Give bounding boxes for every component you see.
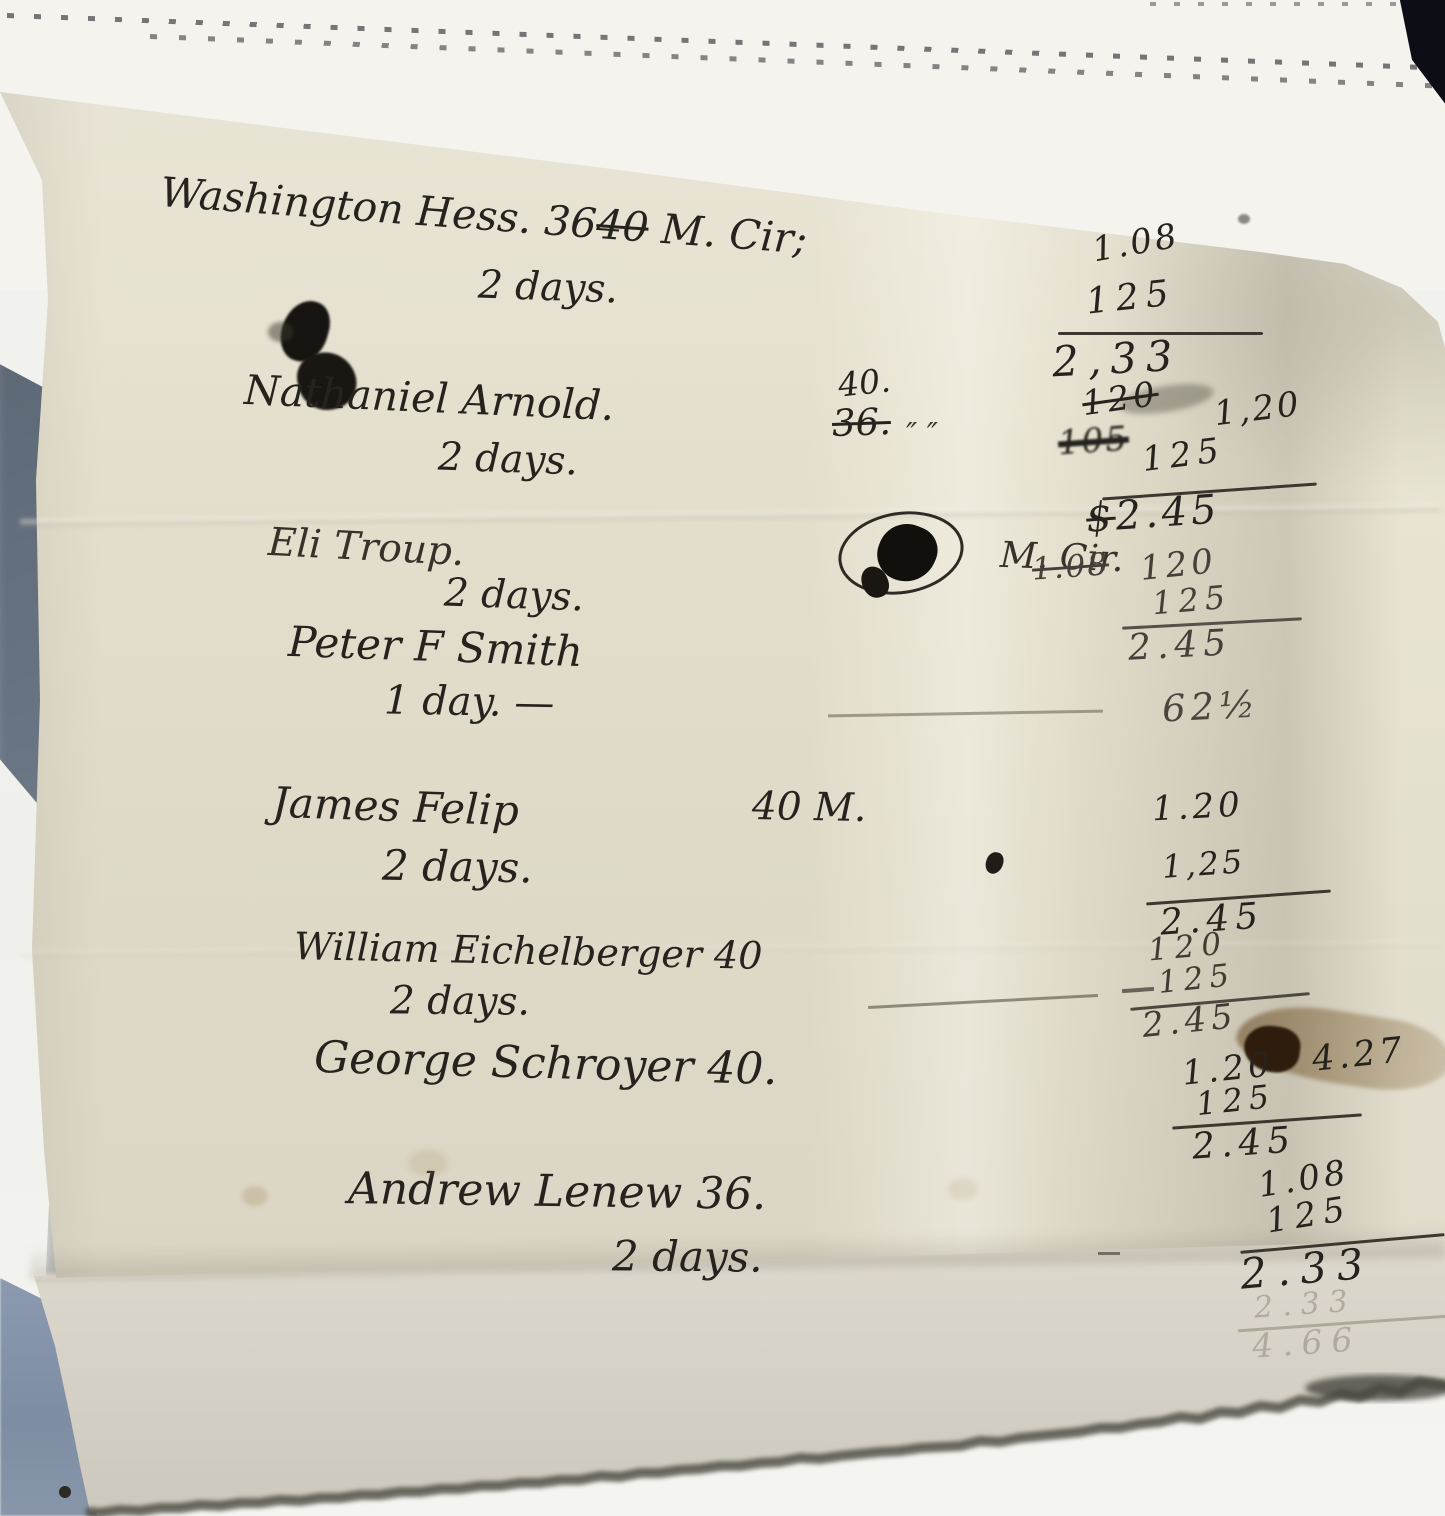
paper-speck [1238, 214, 1250, 224]
entry-peter-smith-name: Peter F Smith [287, 621, 583, 673]
entry-eichelberger-days: 2 days. [390, 981, 530, 1021]
entry-nathaniel-arnold-ditto: ″ ″ [906, 420, 938, 450]
entry-eli-troup-struck-amount1: 1.08 [1031, 549, 1110, 585]
entry-eichelberger-amount2: 125 [1157, 960, 1237, 999]
entry-schroyer-amount2: 125 [1195, 1080, 1277, 1120]
entry-eichelberger-name: William Eichelberger 40 [294, 927, 763, 975]
entry-lenew-pencil-grand-total: 4.66 [1251, 1322, 1363, 1363]
entry-nathaniel-arnold-amount1: 1,20 [1212, 387, 1303, 431]
entry-james-felip-name: James Felip [271, 782, 519, 833]
side-note-4-27: 4.27 [1310, 1033, 1407, 1078]
entry-nathaniel-arnold-amount2: 125 [1140, 433, 1226, 477]
foxing-spot [408, 1150, 448, 1176]
entry-washington-hess-total: 2,33 [1051, 335, 1183, 384]
struck-miles: 40 [595, 200, 651, 252]
entry-washington-hess-days: 2 days. [477, 266, 618, 310]
entry-nathaniel-arnold-miles-new: 40. [836, 363, 892, 401]
entry-schroyer-name: George Schroyer 40. [314, 1036, 778, 1092]
entry-nathaniel-arnold-total: $2.45 [1085, 489, 1222, 538]
entry-schroyer-total: 2.45 [1191, 1122, 1297, 1165]
entry-lenew-name: Andrew Lenew 36. [348, 1167, 767, 1217]
ink-blot-drip [268, 322, 294, 342]
entry-lenew-days: 2 days. [612, 1235, 763, 1278]
foxing-spot [242, 1186, 268, 1206]
entry-nathaniel-arnold-struck-amount1: 120 [1080, 377, 1161, 421]
entry-eli-troup-total: 2.45 [1127, 625, 1233, 666]
photo-of-handwritten-ledger: Washington Hess. 3640 M. Cir; 2 days. 1.… [0, 0, 1445, 1516]
entry-nathaniel-arnold-miles-struck: 36. [831, 403, 891, 442]
short-dash [1098, 1252, 1120, 1255]
entry-nathaniel-arnold-struck-amount2: 105 [1057, 422, 1130, 461]
entry-james-felip-days: 2 days. [382, 845, 533, 890]
entry-james-felip-amount1: 1.20 [1151, 788, 1244, 827]
struck-dollar-mark: $ [1085, 494, 1118, 542]
entry-eli-troup-amount2: 125 [1151, 581, 1233, 620]
entry-james-felip-miles: 40 M. [752, 787, 867, 828]
entry-nathaniel-arnold-days: 2 days. [437, 438, 578, 482]
entry-peter-smith-amount: 62½ [1161, 685, 1261, 727]
entry-washington-hess-amount2: 125 [1084, 275, 1177, 320]
total-text: 2.45 [1114, 486, 1222, 539]
entry-james-felip-amount2: 1,25 [1161, 845, 1246, 883]
foxing-spot [948, 1178, 978, 1200]
entry-lenew-pencil-total: 2.33 [1253, 1286, 1358, 1323]
entry-eli-troup-name: Eli Troup. [267, 523, 465, 572]
entry-eli-troup-days: 2 days. [443, 574, 584, 618]
entry-eichelberger-total: 2.45 [1140, 999, 1239, 1043]
entry-peter-smith-days: 1 day. — [384, 681, 555, 724]
